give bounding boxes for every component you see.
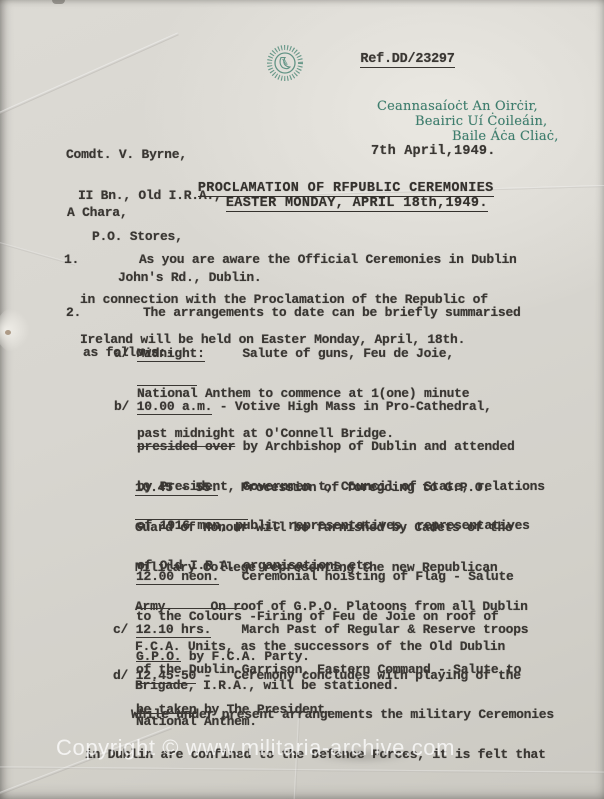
paper-stain-dot: [5, 330, 11, 335]
copyright-watermark: Copyright © www.militaria-archive.com: [56, 735, 455, 761]
letterhead-line-city: Baile Áċa Cliaċ,: [452, 129, 559, 144]
item-c-head: 12.10 hrs.: [136, 622, 212, 638]
item-1045-line1: 10.45 - 55: Procession of foregoing to G…: [135, 481, 528, 494]
letter-date: 7th April,1949.: [371, 145, 496, 158]
paper-notch-top: [52, 0, 65, 4]
item-1045-line2: Guard of Honour will be furnished by Cad…: [135, 521, 528, 534]
item-b-head: 10.00 a.m.: [137, 399, 213, 415]
closing-line1: While under present arrangements the mil…: [85, 708, 554, 721]
paragraph-2-line1: 2.The arrangements to date can be briefl…: [66, 306, 521, 319]
paragraph-2-text1: The arrangements to date can be briefly …: [143, 305, 521, 320]
item-a-marker: a/: [114, 346, 137, 361]
item-1045-overlined: Guard of Honour: [135, 519, 248, 535]
item-a-text1: Salute of guns, Feu de Joie,: [205, 346, 454, 361]
item-1045-text1: Procession of foregoing to G.P.O.: [218, 480, 490, 495]
recipient-line: Comdt. V. Byrne,: [66, 148, 261, 162]
salutation: A Chara,: [67, 206, 127, 219]
reference-number-text: Ref.DD/23297: [360, 52, 454, 68]
item-b-line2: presided over by Archbishop of Dublin an…: [114, 440, 545, 453]
letterhead-line-command: Ceannasaíoċt An Oirċir,: [377, 99, 538, 114]
item-1200-text1: Ceremonial hoisting of Flag - Salute: [219, 569, 514, 584]
letterhead-line-barracks: Beairic Uí Ċoileáin,: [415, 114, 547, 129]
item-1045-text2: will be furnished by Cadets of the: [248, 520, 512, 535]
item-1045-head: 10.45 - 55:: [135, 480, 218, 496]
reference-number: Ref.DD/23297: [329, 40, 455, 80]
item-c-line1: c/ 12.10 hrs. March Past of Regular & Re…: [113, 623, 528, 636]
document-title-text2: EASTER MONDAY, APRIL 18th,1949.: [226, 196, 488, 212]
item-1200-head: 12.00 neon.: [136, 569, 219, 585]
item-1200-line1: 12.00 neon. Ceremonial hoisting of Flag …: [136, 570, 514, 583]
paragraph-1-number: 1.: [64, 253, 139, 266]
paragraph-2-number: 2.: [66, 306, 143, 319]
letter-page: Ref.DD/23297 Ceannasaíoċt An Oirċir, Bea…: [0, 0, 604, 799]
item-b-struck: presided over: [137, 439, 235, 454]
item-a-head: Midnight:: [137, 346, 205, 362]
item-b-line1: b/ 10.00 a.m. - Votive High Mass in Pro-…: [114, 400, 545, 413]
item-c-marker: c/: [113, 622, 136, 637]
item-a-line1: a/ Midnight: Salute of guns, Feu de Joie…: [114, 347, 469, 360]
paragraph-1-line1: 1.As you are aware the Official Ceremoni…: [64, 253, 517, 266]
harp-seal-icon: [266, 44, 304, 82]
paper-crease-top-left: [0, 32, 179, 118]
item-b-text2: by Archbishop of Dublin and attended: [235, 439, 514, 454]
paragraph-1-text1: As you are aware the Official Ceremonies…: [139, 252, 517, 267]
document-title-line2: EASTER MONDAY, APRIL 18th,1949.: [192, 184, 488, 224]
item-b-text1: - Votive High Mass in Pro-Cathedral,: [212, 399, 491, 414]
item-d-line1: d/ 12.45-50 - Ceremony concludes with pl…: [113, 669, 521, 682]
item-b-marker: b/: [114, 399, 137, 414]
paper-damage-left: [0, 308, 30, 352]
item-c-text1: March Past of Regular & Reserve troops: [211, 622, 528, 637]
